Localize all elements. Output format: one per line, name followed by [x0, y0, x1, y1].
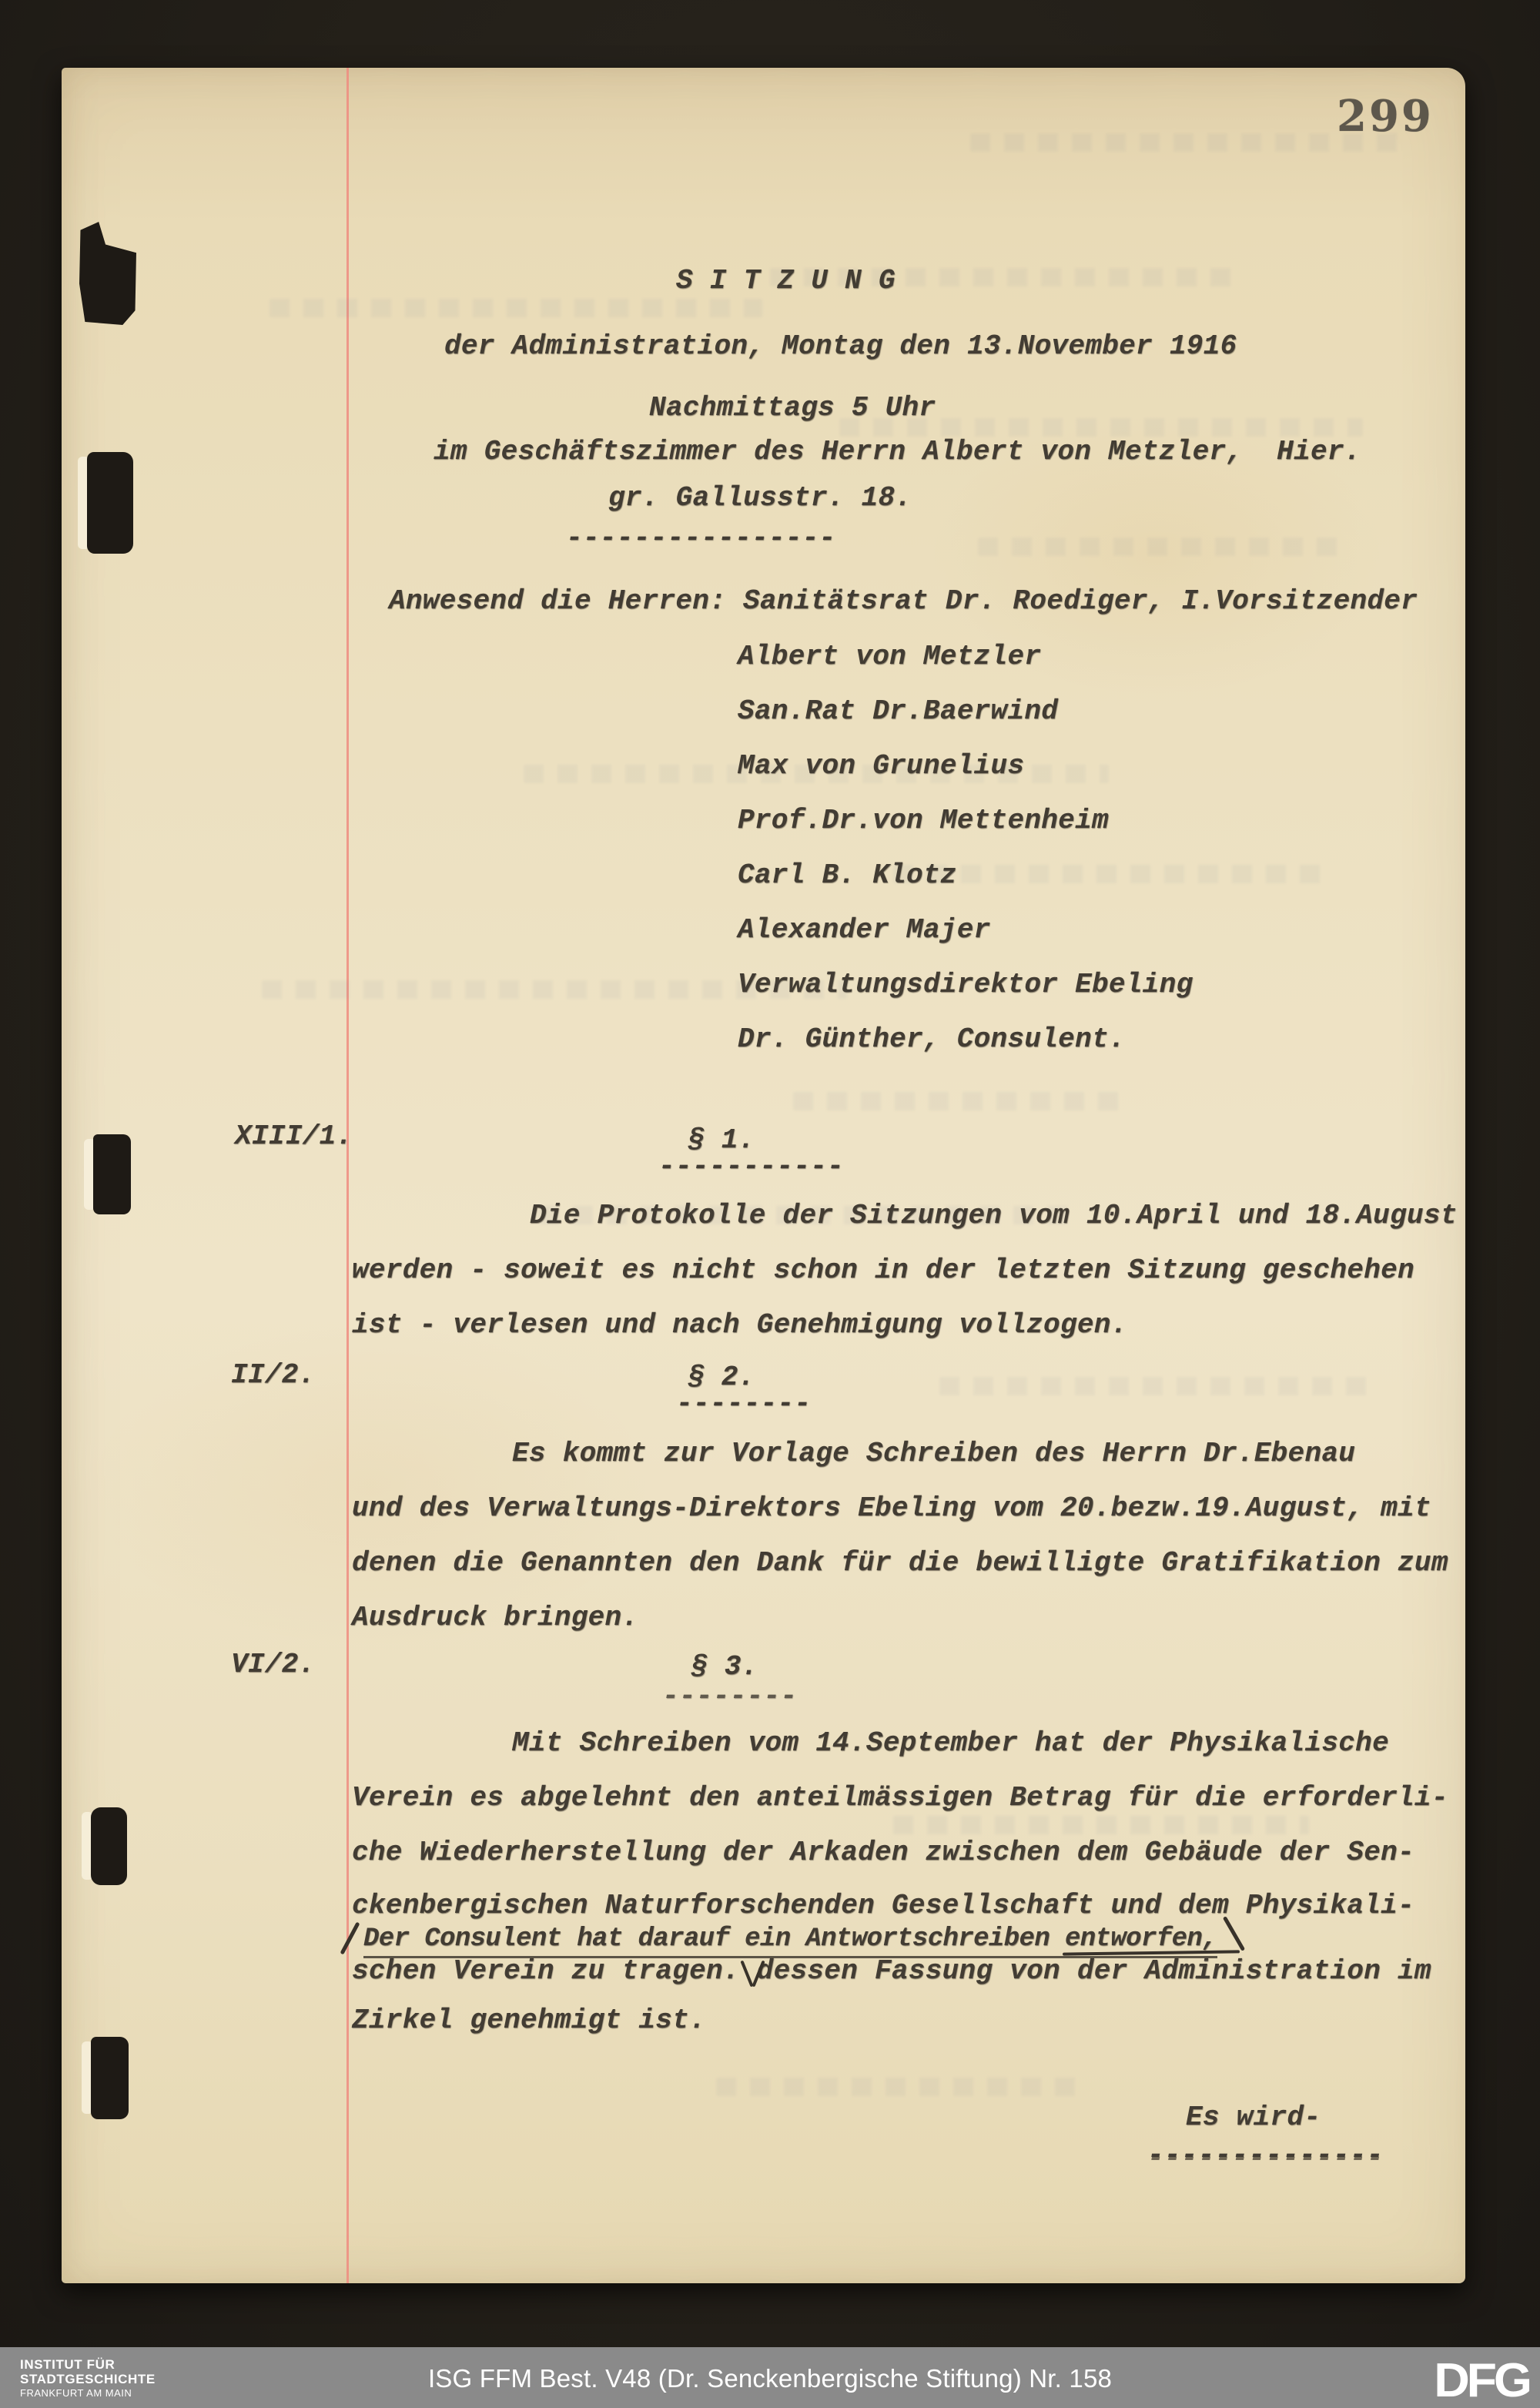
body-line: werden - soweit es nicht schon in der le… [352, 1256, 1414, 1285]
handwritten-insertion-mark [340, 1922, 360, 1955]
section-margin-note: II/2. [231, 1361, 316, 1390]
doc-header-line: der Administration, Montag den 13.Novemb… [444, 332, 1237, 361]
footer-bar: INSTITUT FÜR STADTGESCHICHTE FRANKFURT A… [0, 2347, 1540, 2408]
bleed-through-smudge [269, 299, 762, 317]
punch-hole [87, 452, 133, 554]
section-margin-note: VI/2. [231, 1650, 316, 1680]
bleed-through-smudge [893, 865, 1324, 883]
bleed-through-smudge [978, 538, 1347, 556]
body-line: denen die Genannten den Dank für die bew… [352, 1549, 1448, 1578]
body-line: ckenbergischen Naturforschenden Gesellsc… [352, 1891, 1414, 1921]
typed-divider: -------------- [1147, 2141, 1384, 2170]
body-line: Zirkel genehmigt ist. [352, 2006, 706, 2035]
body-line: Mit Schreiben vom 14.September hat der P… [512, 1729, 1389, 1758]
body-line: ist - verlesen und nach Genehmigung voll… [352, 1311, 1128, 1340]
page-number-stamp: 299 [1337, 91, 1434, 142]
typed-divider: -------- [662, 1682, 797, 1711]
attendees-intro: Anwesend die Herren: Sanitätsrat Dr. Roe… [389, 587, 1418, 616]
bleed-through-smudge [793, 1092, 1124, 1110]
doc-title: S I T Z U N G [676, 266, 896, 296]
bleed-through-smudge [893, 1816, 1309, 1834]
typed-divider: ---------------- [566, 524, 835, 553]
typed-divider: ----------- [658, 1152, 844, 1181]
body-line: Verein es abgelehnt den anteilmässigen B… [352, 1783, 1448, 1813]
typed-divider: -------- [676, 1389, 811, 1418]
dfg-logo: DFG [1434, 2353, 1529, 2408]
section-heading: § 3. [691, 1653, 758, 1682]
bleed-through-smudge [939, 1377, 1371, 1395]
doc-header-line: im Geschäftszimmer des Herrn Albert von … [434, 437, 1361, 467]
attendee-name: San.Rat Dr.Baerwind [738, 697, 1058, 726]
punch-hole [79, 222, 136, 325]
punch-hole [93, 1134, 131, 1214]
section-margin-note: XIII/1. [235, 1122, 353, 1151]
attendee-name: Albert von Metzler [738, 642, 1041, 671]
scanned-document-page: 299 S I T Z U N G der Administration, Mo… [62, 68, 1465, 2283]
punch-hole [91, 1807, 127, 1885]
attendee-name: Max von Grunelius [738, 752, 1024, 781]
body-line: Ausdruck bringen. [352, 1603, 638, 1633]
catchword: Es wird- [1186, 2103, 1321, 2132]
bleed-through-smudge [716, 2078, 1086, 2096]
doc-header-line: Nachmittags 5 Uhr [649, 394, 936, 423]
attendee-name: Prof.Dr.von Mettenheim [738, 806, 1109, 836]
body-line: schen Verein zu tragen. dessen Fassung v… [352, 1957, 1431, 1986]
body-line: Die Protokolle der Sitzungen vom 10.Apri… [530, 1201, 1458, 1231]
attendee-name: Alexander Majer [738, 916, 991, 945]
doc-header-line: gr. Gallusstr. 18. [608, 484, 912, 513]
attendee-name: Dr. Günther, Consulent. [738, 1025, 1126, 1054]
punch-hole [91, 2037, 129, 2119]
body-line: Es kommt zur Vorlage Schreiben des Herrn… [512, 1439, 1355, 1469]
red-margin-line [346, 68, 349, 2283]
archive-reference: ISG FFM Best. V48 (Dr. Senckenbergische … [0, 2364, 1540, 2393]
attendee-name: Verwaltungsdirektor Ebeling [738, 970, 1193, 1000]
body-line: und des Verwaltungs-Direktors Ebeling vo… [352, 1494, 1431, 1523]
body-line: che Wiederherstellung der Arkaden zwisch… [352, 1838, 1414, 1867]
attendee-name: Carl B. Klotz [738, 861, 957, 890]
